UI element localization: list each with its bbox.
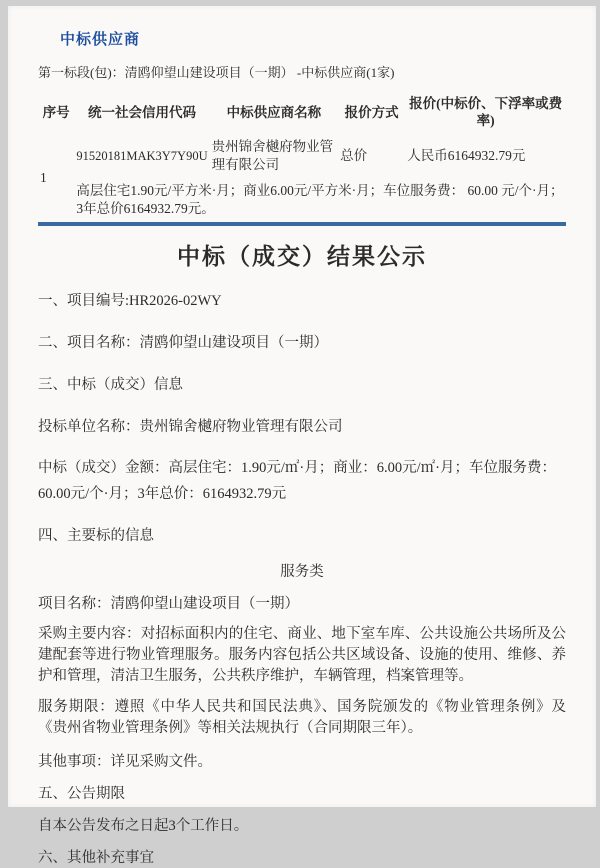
cell-quote-detail: 高层住宅1.90元/平方米·月；商业6.00元/平方米·月；车位服务费： 60.… — [74, 178, 566, 224]
cell-credit-code: 91520181MAK3Y7Y90U — [74, 134, 209, 178]
bidder-name-line: 投标单位名称：贵州锦舍樾府物业管理有限公司 — [38, 417, 566, 437]
header-credit-code: 统一社会信用代码 — [74, 90, 209, 134]
document-content: 中标供应商 第一标段(包)：清鸥仰望山建设项目（一期） -中标供应商(1家) 序… — [8, 28, 596, 807]
service-period-paragraph: 服务期限：遵照《中华人民共和国民法典》、国务院颁发的《物业管理条例》及《贵州省物… — [38, 697, 566, 739]
cell-seq: 1 — [38, 134, 74, 224]
winning-supplier-table: 序号 统一社会信用代码 中标供应商名称 报价方式 报价(中标价、下浮率或费率) … — [38, 90, 566, 226]
notice-period-heading: 五、公告期限 — [38, 784, 566, 804]
cell-supplier-name: 贵州锦舍樾府物业管理有限公司 — [210, 134, 339, 178]
procurement-content-paragraph: 采购主要内容：对招标面积内的住宅、商业、地下室车库、公共设施公共场所及公建配套等… — [38, 624, 566, 687]
header-supplier-name: 中标供应商名称 — [210, 90, 339, 134]
header-quote-method: 报价方式 — [338, 90, 405, 134]
subject-info-heading: 四、主要标的信息 — [38, 526, 566, 546]
award-amount-line: 中标（成交）金额：高层住宅：1.90元/㎡·月；商业：6.00元/㎡·月；车位服… — [38, 455, 566, 507]
header-seq: 序号 — [38, 90, 74, 134]
category-label: 服务类 — [38, 562, 566, 582]
header-quote-price: 报价(中标价、下浮率或费率) — [405, 90, 566, 134]
other-matters-line: 其他事项：详见采购文件。 — [38, 752, 566, 772]
project-name-line: 二、项目名称：清鸥仰望山建设项目（一期） — [38, 333, 566, 353]
cell-quote-method: 总价 — [338, 134, 405, 178]
project-number-line: 一、项目编号:HR2026-02WY — [38, 291, 566, 311]
cell-quote-price: 人民币6164932.79元 — [405, 134, 566, 178]
announcement-title: 中标（成交）结果公示 — [38, 242, 566, 272]
supplier-table-row: 1 91520181MAK3Y7Y90U 贵州锦舍樾府物业管理有限公司 总价 人… — [38, 134, 566, 178]
supplier-table-detail-row: 高层住宅1.90元/平方米·月；商业6.00元/平方米·月；车位服务费： 60.… — [38, 178, 566, 224]
winning-supplier-heading: 中标供应商 — [60, 28, 566, 49]
supplier-table-header-row: 序号 统一社会信用代码 中标供应商名称 报价方式 报价(中标价、下浮率或费率) — [38, 90, 566, 134]
lot-description-line: 第一标段(包)：清鸥仰望山建设项目（一期） -中标供应商(1家) — [38, 64, 566, 81]
award-info-heading: 三、中标（成交）信息 — [38, 375, 566, 395]
document-page: 中标供应商 第一标段(包)：清鸥仰望山建设项目（一期） -中标供应商(1家) 序… — [8, 6, 596, 807]
subject-project-name-line: 项目名称：清鸥仰望山建设项目（一期） — [38, 594, 566, 614]
